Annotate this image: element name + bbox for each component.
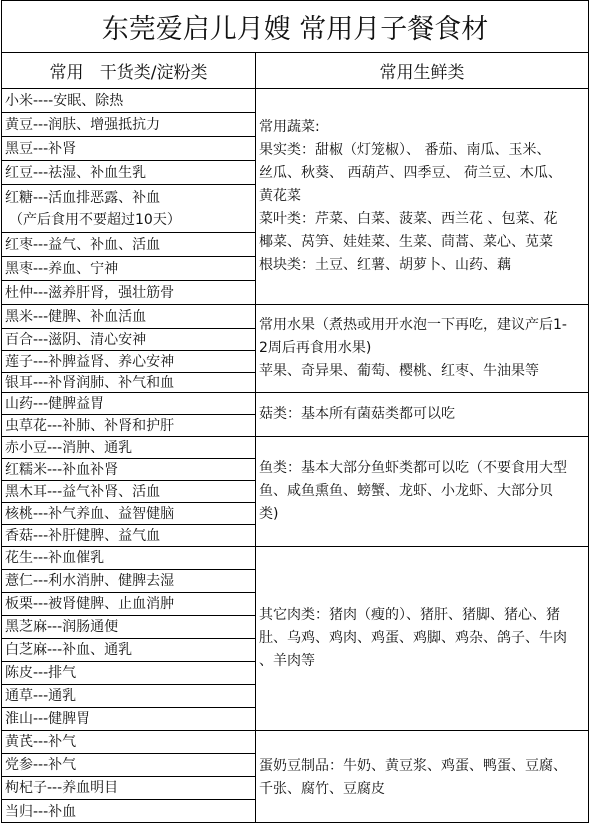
list-item: 红糖---活血排恶露、补血（产后食用不要超过10天） bbox=[2, 185, 255, 233]
list-item: 红糯米---补血补肾 bbox=[2, 459, 255, 481]
item-text: 杜仲---滋养肝肾，强壮筋骨 bbox=[5, 282, 255, 304]
cell-line: 丝瓜、秋葵、 西葫芦、四季豆、 荷兰豆、木瓜、 bbox=[259, 162, 586, 185]
list-item: 黄豆---润肤、增强抵抗力 bbox=[2, 113, 255, 137]
item-text: 黑芝麻---润肠通便 bbox=[5, 616, 255, 638]
list-item: 淮山---健脾胃 bbox=[2, 708, 255, 731]
list-item: 杜仲---滋养肝肾，强壮筋骨 bbox=[2, 281, 255, 305]
list-item: 白芝麻---补血、通乳 bbox=[2, 639, 255, 662]
list-item: 虫草花---补肺、补肾和护肝 bbox=[2, 415, 255, 437]
cell-line: 肚、乌鸡、鸡肉、鸡蛋、鸡脚、鸡杂、鸽子、牛肉 bbox=[259, 627, 586, 650]
item-text: 黑木耳---益气补肾、活血 bbox=[5, 481, 255, 503]
cell-line: 类) bbox=[259, 503, 586, 526]
list-item: 黑米---健脾、补血活血 bbox=[2, 305, 255, 329]
list-item: 百合---滋阴、清心安神 bbox=[2, 329, 255, 351]
cell-line: 根块类：土豆、红薯、胡萝卜、山药、藕 bbox=[259, 254, 586, 277]
cell-line: 果实类：甜椒（灯笼椒）、 番茄、南瓜、玉米、 bbox=[259, 139, 586, 162]
cell-line: 千张、腐竹、豆腐皮 bbox=[259, 778, 586, 801]
list-item: 党参---补气 bbox=[2, 754, 255, 777]
item-text: 香菇---补肝健脾、益气血 bbox=[5, 525, 255, 547]
list-item: 薏仁---利水消肿、健脾去湿 bbox=[2, 570, 255, 593]
item-text: 核桃---补气养血、益智健脑 bbox=[5, 503, 255, 525]
item-text: 虫草花---补肺、补肾和护肝 bbox=[5, 415, 255, 437]
list-item: 黄芪---补气 bbox=[2, 731, 255, 754]
list-item: 花生---补血催乳 bbox=[2, 547, 255, 570]
item-text: 白芝麻---补血、通乳 bbox=[5, 639, 255, 661]
list-item: 赤小豆---消肿、通乳 bbox=[2, 437, 255, 459]
dry-goods-column: 小米----安眠、除热黄豆---润肤、增强抵抗力黑豆---补肾红豆---祛湿、补… bbox=[2, 89, 256, 823]
item-text: 黄芪---补气 bbox=[5, 731, 255, 753]
list-item: 黑豆---补肾 bbox=[2, 137, 255, 161]
item-text: 淮山---健脾胃 bbox=[5, 708, 255, 730]
list-item: 小米----安眠、除热 bbox=[2, 89, 255, 113]
cell-line: 菇类：基本所有菌菇类都可以吃 bbox=[259, 403, 586, 426]
cell-fruits: 常用水果（煮热或用开水泡一下再吃，建议产后1-2周后再食用水果)苹果、奇异果、葡… bbox=[256, 305, 588, 393]
cell-meat: 其它肉类：猪肉（瘦的）、猪肝、猪脚、猪心、猪肚、乌鸡、鸡肉、鸡蛋、鸡脚、鸡杂、鸽… bbox=[256, 547, 588, 731]
item-note: （产后食用不要超过10天） bbox=[5, 209, 255, 231]
list-item: 黑芝麻---润肠通便 bbox=[2, 616, 255, 639]
header-fresh-food: 常用生鲜类 bbox=[256, 53, 588, 89]
list-item: 银耳---补肾润肺、补气和血 bbox=[2, 373, 255, 393]
cell-line: 蛋奶豆制品：牛奶、黄豆浆、鸡蛋、鸭蛋、豆腐、 bbox=[259, 755, 586, 778]
cell-vegetables: 常用蔬菜:果实类：甜椒（灯笼椒）、 番茄、南瓜、玉米、丝瓜、秋葵、 西葫芦、四季… bbox=[256, 89, 588, 305]
cell-mushrooms: 菇类：基本所有菌菇类都可以吃 bbox=[256, 393, 588, 437]
item-text: 黑米---健脾、补血活血 bbox=[5, 306, 255, 328]
list-item: 莲子---补脾益肾、养心安神 bbox=[2, 351, 255, 373]
cell-line: 、羊肉等 bbox=[259, 650, 586, 673]
item-text: 红糖---活血排恶露、补血 bbox=[5, 187, 255, 209]
header-dry-goods: 常用 干货类/淀粉类 bbox=[2, 53, 256, 89]
item-text: 红枣---益气、补血、活血 bbox=[5, 234, 255, 256]
list-item: 黑木耳---益气补肾、活血 bbox=[2, 481, 255, 503]
item-text: 党参---补气 bbox=[5, 754, 255, 776]
list-item: 通草---通乳 bbox=[2, 685, 255, 708]
cell-line: 苹果、奇异果、葡萄、樱桃、红枣、牛油果等 bbox=[259, 360, 586, 383]
item-text: 黄豆---润肤、增强抵抗力 bbox=[5, 114, 255, 136]
cell-line: 其它肉类：猪肉（瘦的）、猪肝、猪脚、猪心、猪 bbox=[259, 604, 586, 627]
item-text: 花生---补血催乳 bbox=[5, 547, 255, 569]
list-item: 红豆---祛湿、补血生乳 bbox=[2, 161, 255, 185]
list-item: 板栗---被肾健脾、止血消肿 bbox=[2, 593, 255, 616]
list-item: 核桃---补气养血、益智健脑 bbox=[2, 503, 255, 525]
item-text: 红糯米---补血补肾 bbox=[5, 459, 255, 481]
cell-line: 2周后再食用水果) bbox=[259, 337, 586, 360]
item-text: 黑枣---养血、宁神 bbox=[5, 258, 255, 280]
cell-seafood: 鱼类：基本大部分鱼虾类都可以吃（不要食用大型鱼、咸鱼熏鱼、螃蟹、龙虾、小龙虾、大… bbox=[256, 437, 588, 547]
item-text: 小米----安眠、除热 bbox=[5, 90, 255, 112]
list-item: 陈皮---排气 bbox=[2, 662, 255, 685]
cell-line: 菜叶类：芹菜、白菜、菠菜、西兰花 、包菜、花 bbox=[259, 208, 586, 231]
item-text: 莲子---补脾益肾、养心安神 bbox=[5, 351, 255, 373]
food-table: 东莞爱启儿月嫂 常用月子餐食材 常用 干货类/淀粉类 常用生鲜类 小米----安… bbox=[1, 0, 589, 823]
item-text: 银耳---补肾润肺、补气和血 bbox=[5, 373, 255, 393]
cell-line: 常用蔬菜: bbox=[259, 116, 586, 139]
item-text: 黑豆---补肾 bbox=[5, 138, 255, 160]
item-text: 通草---通乳 bbox=[5, 685, 255, 707]
page-title: 东莞爱启儿月嫂 常用月子餐食材 bbox=[2, 1, 588, 53]
cell-eggs-dairy-soy: 蛋奶豆制品：牛奶、黄豆浆、鸡蛋、鸭蛋、豆腐、千张、腐竹、豆腐皮 bbox=[256, 731, 588, 824]
list-item: 黑枣---养血、宁神 bbox=[2, 257, 255, 281]
cell-line: 常用水果（煮热或用开水泡一下再吃，建议产后1- bbox=[259, 314, 586, 337]
list-item: 香菇---补肝健脾、益气血 bbox=[2, 525, 255, 547]
list-item: 红枣---益气、补血、活血 bbox=[2, 233, 255, 257]
item-text: 薏仁---利水消肿、健脾去湿 bbox=[5, 570, 255, 592]
item-text: 山药---健脾益胃 bbox=[5, 393, 255, 415]
item-text: 板栗---被肾健脾、止血消肿 bbox=[5, 593, 255, 615]
list-item: 山药---健脾益胃 bbox=[2, 393, 255, 415]
list-item: 枸杞子---养血明目 bbox=[2, 777, 255, 800]
cell-line: 黄花菜 bbox=[259, 185, 586, 208]
item-text: 红豆---祛湿、补血生乳 bbox=[5, 162, 255, 184]
item-text: 百合---滋阴、清心安神 bbox=[5, 329, 255, 351]
list-item: 当归---补血 bbox=[2, 800, 255, 823]
cell-line: 鱼、咸鱼熏鱼、螃蟹、龙虾、小龙虾、大部分贝 bbox=[259, 480, 586, 503]
item-text: 陈皮---排气 bbox=[5, 662, 255, 684]
cell-line: 鱼类：基本大部分鱼虾类都可以吃（不要食用大型 bbox=[259, 457, 586, 480]
item-text: 当归---补血 bbox=[5, 801, 255, 823]
item-text: 赤小豆---消肿、通乳 bbox=[5, 437, 255, 459]
cell-line: 椰菜、莴笋、娃娃菜、生菜、茼蒿、菜心、苋菜 bbox=[259, 231, 586, 254]
item-text: 枸杞子---养血明目 bbox=[5, 777, 255, 799]
